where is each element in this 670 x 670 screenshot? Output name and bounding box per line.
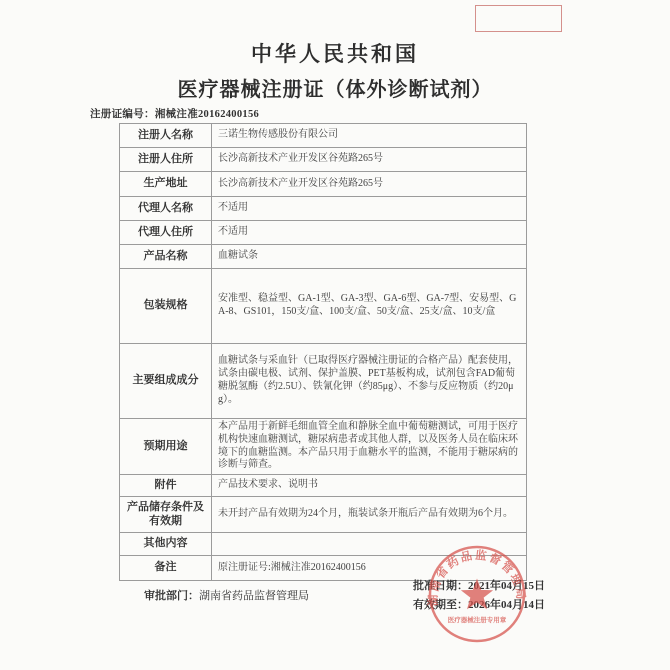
row-label: 附件 <box>120 475 212 497</box>
row-label: 主要组成成分 <box>120 344 212 419</box>
registration-number-label: 注册证编号： <box>90 109 155 120</box>
table-row: 包装规格 安准型、稳益型、GA-1型、GA-3型、GA-6型、GA-7型、安易型… <box>120 269 527 344</box>
row-value: 血糖试条与采血针（已取得医疗器械注册证的合格产品）配套使用，试条由碳电极、试剂、… <box>212 344 527 419</box>
row-value: 长沙高新技术产业开发区谷苑路265号 <box>212 148 527 172</box>
row-value: 血糖试条 <box>212 245 527 269</box>
star-icon <box>461 579 493 610</box>
row-label: 注册人住所 <box>120 148 212 172</box>
table-row: 产品名称 血糖试条 <box>120 245 527 269</box>
row-label: 预期用途 <box>120 419 212 475</box>
table-row: 产品储存条件及有效期 未开封产品有效期为24个月，瓶装试条开瓶后产品有效期为6个… <box>120 497 527 533</box>
approval-dept-value: 湖南省药品监督管理局 <box>199 590 309 602</box>
table-row: 预期用途 本产品用于新鲜毛细血管全血和静脉全血中葡萄糖测试，可用于医疗机构快速血… <box>120 419 527 475</box>
table-row: 代理人住所 不适用 <box>120 221 527 245</box>
registration-number-value: 湘械注准20162400156 <box>155 109 259 120</box>
row-label: 生产地址 <box>120 172 212 197</box>
approval-dept-label: 审批部门： <box>144 590 199 602</box>
registration-number-line: 注册证编号：湘械注准20162400156 <box>90 106 259 121</box>
seal-bottom-text: 医疗器械注册专用章 <box>448 615 507 624</box>
row-value: 长沙高新技术产业开发区谷苑路265号 <box>212 172 527 197</box>
certificate-table: 注册人名称 三诺生物传感股份有限公司 注册人住所 长沙高新技术产业开发区谷苑路2… <box>119 123 527 581</box>
row-label: 备注 <box>120 556 212 581</box>
table-row: 代理人名称 不适用 <box>120 197 527 221</box>
table-row: 主要组成成分 血糖试条与采血针（已取得医疗器械注册证的合格产品）配套使用，试条由… <box>120 344 527 419</box>
table-row: 附件 产品技术要求、说明书 <box>120 475 527 497</box>
row-label: 包装规格 <box>120 269 212 344</box>
table-row: 生产地址 长沙高新技术产业开发区谷苑路265号 <box>120 172 527 197</box>
row-label: 注册人名称 <box>120 124 212 148</box>
official-seal: 湖南省药品监督管理局 医疗器械注册专用章 <box>424 544 530 644</box>
row-label: 产品名称 <box>120 245 212 269</box>
row-label: 代理人名称 <box>120 197 212 221</box>
row-value: 本产品用于新鲜毛细血管全血和静脉全血中葡萄糖测试，可用于医疗机构快速血糖测试，糖… <box>212 419 527 475</box>
page-title-certificate: 医疗器械注册证（体外诊断试剂） <box>0 73 670 102</box>
row-value: 未开封产品有效期为24个月，瓶装试条开瓶后产品有效期为6个月。 <box>212 497 527 533</box>
approval-dept-line: 审批部门：湖南省药品监督管理局 <box>144 587 309 603</box>
row-value: 安准型、稳益型、GA-1型、GA-3型、GA-6型、GA-7型、安易型、GA-8… <box>212 269 527 344</box>
table-row: 注册人住所 长沙高新技术产业开发区谷苑路265号 <box>120 148 527 172</box>
row-label: 代理人住所 <box>120 221 212 245</box>
row-label: 其他内容 <box>120 533 212 556</box>
row-value: 不适用 <box>212 197 527 221</box>
page-title-country: 中华人民共和国 <box>0 38 670 68</box>
row-label: 产品储存条件及有效期 <box>120 497 212 533</box>
title-block: 中华人民共和国 医疗器械注册证（体外诊断试剂） <box>0 38 670 102</box>
table-row: 注册人名称 三诺生物传感股份有限公司 <box>120 124 527 148</box>
certificate-page: 中华人民共和国 医疗器械注册证（体外诊断试剂） 注册证编号：湘械注准201624… <box>0 0 670 670</box>
red-stamp-box <box>475 5 562 32</box>
row-value: 不适用 <box>212 221 527 245</box>
row-value: 产品技术要求、说明书 <box>212 475 527 497</box>
row-value: 三诺生物传感股份有限公司 <box>212 124 527 148</box>
